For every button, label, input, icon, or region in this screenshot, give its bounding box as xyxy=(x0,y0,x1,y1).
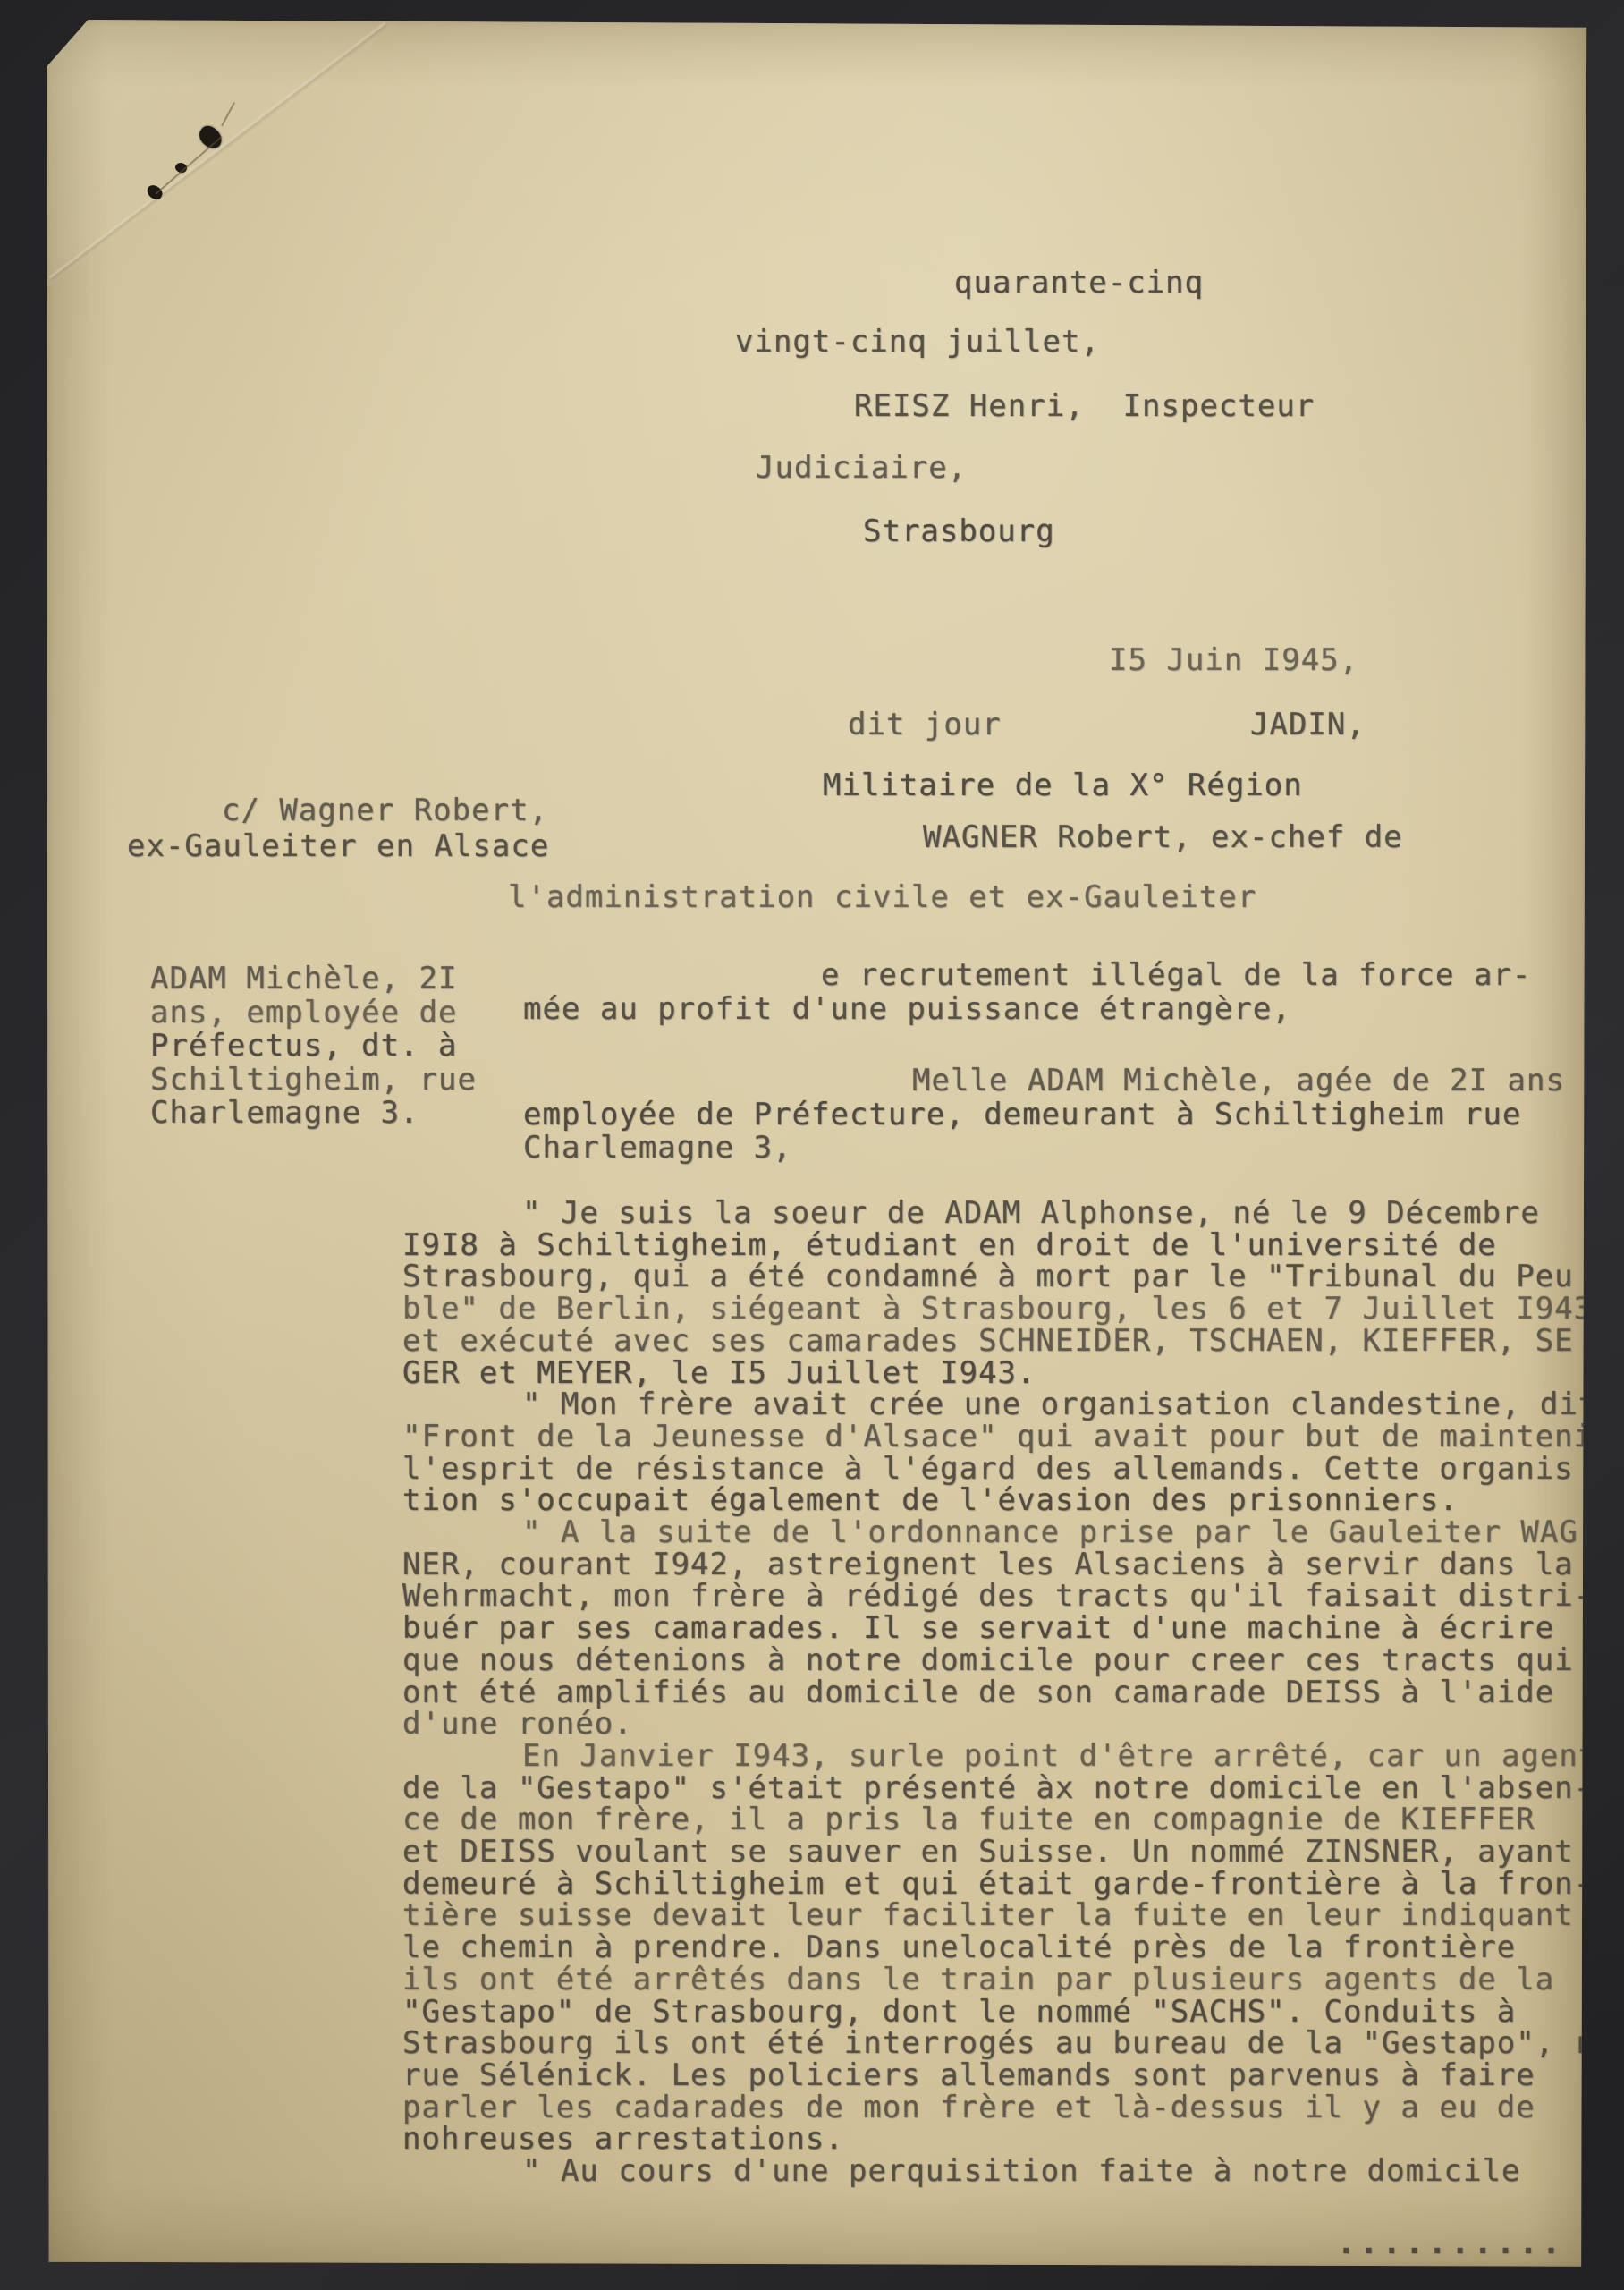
body-text-line: tion s'occupait également de l'évasion d… xyxy=(402,1484,1459,1516)
margin-note-line: Préfectus, dt. à xyxy=(150,1030,458,1062)
body-text-line: En Janvier I943, surle point d'être arrê… xyxy=(522,1740,1597,1772)
body-text-line: ble" de Berlin, siégeant à Strasbourg, l… xyxy=(402,1293,1593,1325)
body-text-line: I9I8 à Schiltigheim, étudiant en droit d… xyxy=(402,1229,1497,1261)
body-text-line: le chemin à prendre. Dans unelocalité pr… xyxy=(402,1931,1516,1963)
body-text-line: rue Sélénick. Les policiers allemands so… xyxy=(402,2059,1535,2091)
body-text-line: "Front de la Jeunesse d'Alsace" qui avai… xyxy=(402,1421,1593,1453)
body-text-line: Strasbourg ils ont été interrogés au bur… xyxy=(402,2027,1593,2059)
ellipsis-dots: .......... xyxy=(1337,2227,1565,2260)
typewritten-line: I5 Juin I945, xyxy=(1109,644,1358,676)
typewritten-line: l'administration civile et ex-Gauleiter xyxy=(508,881,1256,913)
typewritten-line: e recrutement illégal de la force ar- xyxy=(821,959,1531,991)
body-text-line: ont été amplifiés au domicile de son cam… xyxy=(402,1676,1554,1709)
body-text-line: " A la suite de l'ordonnance prise par l… xyxy=(522,1516,1597,1548)
typewritten-line: employée de Préfecture, demeurant à Schi… xyxy=(523,1098,1521,1131)
scan-background: quarante-cinqvingt-cinq juillet,REISZ He… xyxy=(0,0,1624,2290)
body-text-line: l'esprit de résistance à l'égard des all… xyxy=(402,1453,1574,1485)
margin-note-line: Schiltigheim, rue xyxy=(150,1064,477,1096)
body-text-line: nohreuses arrestations. xyxy=(402,2123,844,2155)
typewritten-line: JADIN, xyxy=(1250,708,1366,741)
typewritten-line: vingt-cinq juillet, xyxy=(735,326,1100,358)
margin-note-line: ans, employée de xyxy=(150,997,458,1029)
typewritten-line: WAGNER Robert, ex-chef de xyxy=(923,821,1403,853)
body-text-line: parler les cadarades de mon frère et là-… xyxy=(402,2091,1535,2124)
margin-note-line: ADAM Michèle, 2I xyxy=(150,963,458,995)
body-text-line: tière suisse devait leur faciliter la fu… xyxy=(402,1899,1574,1931)
body-text-line: que nous détenions à notre domicile pour… xyxy=(402,1644,1574,1676)
body-text-line: GER et MEYER, le I5 Juillet I943. xyxy=(402,1357,1036,1389)
paper: quarante-cinqvingt-cinq juillet,REISZ He… xyxy=(47,20,1587,2268)
body-text-line: " Au cours d'une perquisition faite à no… xyxy=(522,2155,1520,2187)
typewritten-line: Melle ADAM Michèle, agée de 2I ans xyxy=(912,1064,1565,1097)
body-text-line: NER, courant I942, astreignent les Alsac… xyxy=(402,1548,1574,1581)
typewritten-line: REISZ Henri, Inspecteur xyxy=(854,390,1315,422)
margin-note-line: Charlemagne 3. xyxy=(150,1097,419,1129)
folded-corner-sheen xyxy=(47,20,404,288)
body-text-line: ce de mon frère, il a pris la fuite en c… xyxy=(402,1803,1535,1836)
body-text-line: buér par ses camarades. Il se servait d'… xyxy=(402,1612,1554,1644)
body-text-line: de la "Gestapo" s'était présenté àx notr… xyxy=(402,1772,1593,1804)
typewritten-line: dit jour xyxy=(848,708,1002,741)
typewritten-line: c/ Wagner Robert, xyxy=(222,794,548,827)
body-text-line: et DEISS voulant se sauver en Suisse. Un… xyxy=(402,1836,1574,1868)
typewritten-line: Judiciaire, xyxy=(756,452,967,484)
typewritten-line: Charlemagne 3, xyxy=(523,1132,792,1164)
typewritten-line: Militaire de la X° Région xyxy=(823,769,1303,801)
typewritten-line: ex-Gauleiter en Alsace xyxy=(127,830,549,862)
body-text-line: " Mon frère avait crée une organisation … xyxy=(522,1388,1597,1421)
body-text-line: "Gestapo" de Strasbourg, dont le nommé "… xyxy=(402,1996,1516,2028)
body-text-line: demeuré à Schiltigheim et qui était gard… xyxy=(402,1868,1593,1900)
typewritten-line: quarante-cinq xyxy=(954,267,1204,299)
typewritten-line: Strasbourg xyxy=(863,515,1055,547)
body-text-line: Strasbourg, qui a été condamné à mort pa… xyxy=(402,1260,1574,1293)
typewritten-line: mée au profit d'une puissance étrangère, xyxy=(523,993,1291,1025)
body-text-line: d'une ronéo. xyxy=(402,1708,633,1740)
body-text-line: ils ont été arrêtés dans le train par pl… xyxy=(402,1963,1554,1996)
body-text-line: et exécuté avec ses camarades SCHNEIDER,… xyxy=(402,1325,1574,1357)
body-text-line: Wehrmacht, mon frère à rédigé des tracts… xyxy=(402,1580,1593,1612)
body-text-line: " Je suis la soeur de ADAM Alphonse, né … xyxy=(522,1197,1540,1229)
